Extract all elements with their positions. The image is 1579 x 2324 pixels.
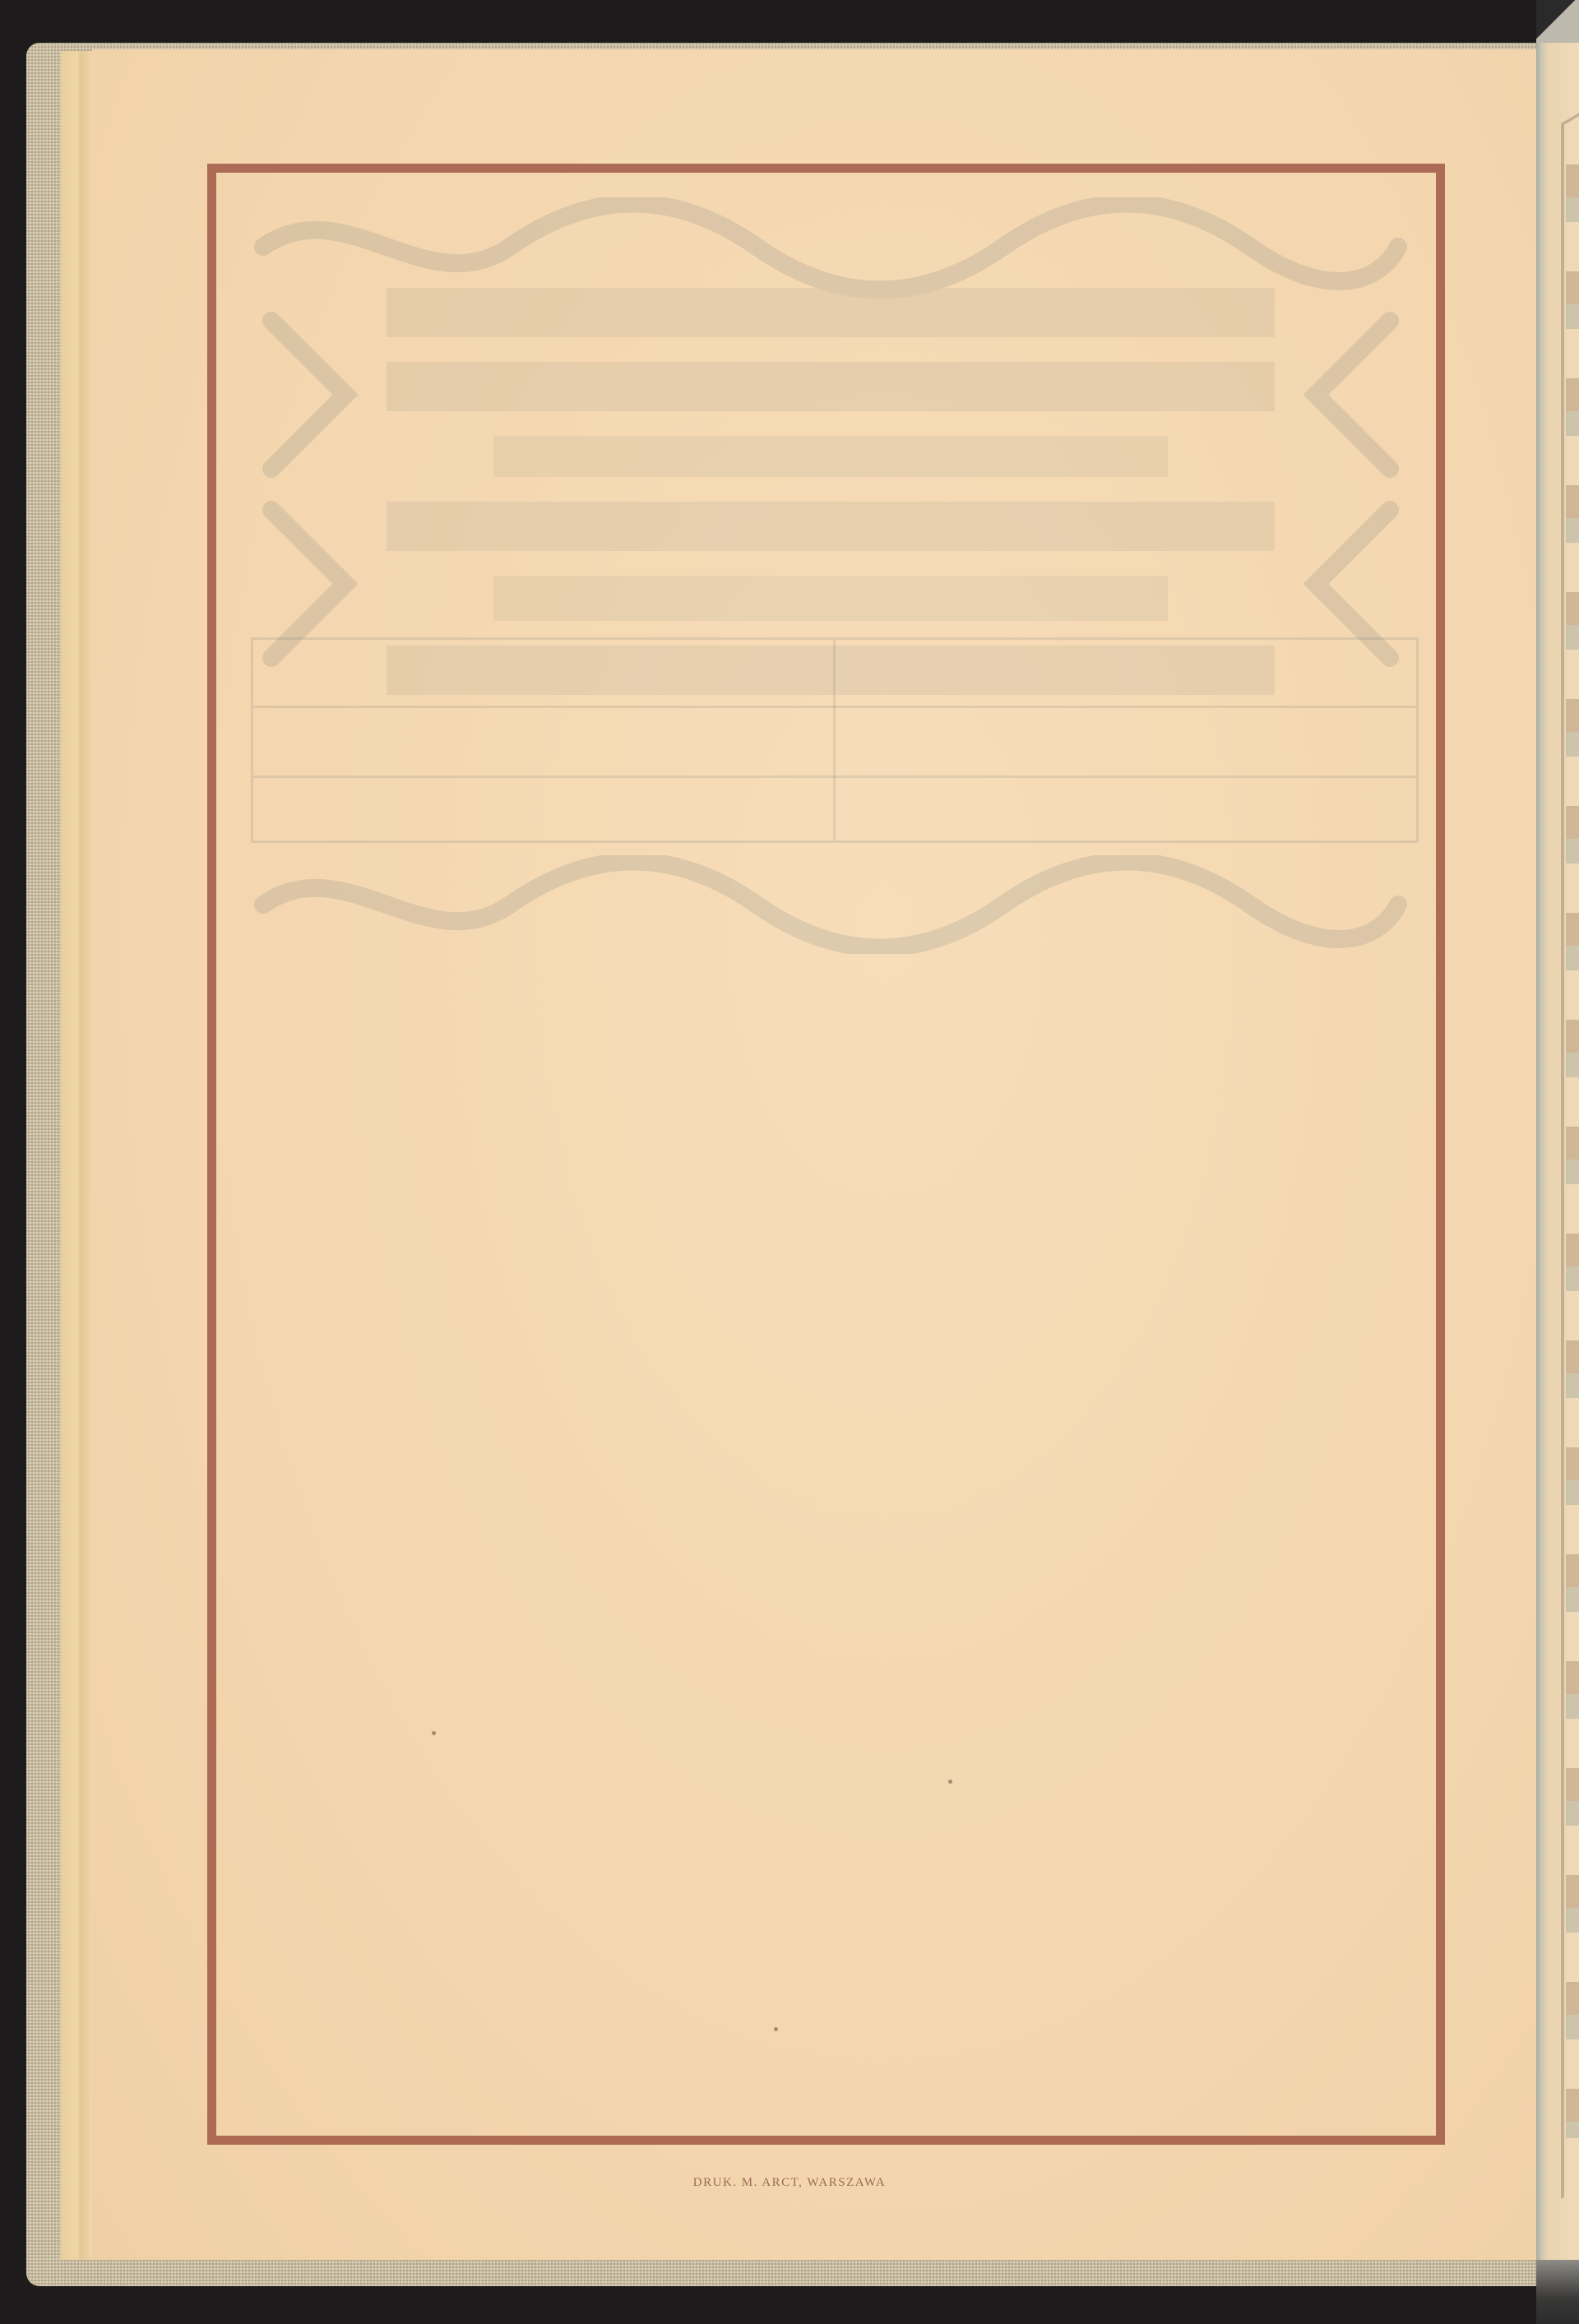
printer-imprint: DRUK. M. ARCT, WARSZAWA	[0, 2176, 1579, 2190]
paper-speck	[432, 1731, 436, 1735]
adjacent-page-lettering	[1566, 164, 1579, 2138]
scan-background: DRUK. M. ARCT, WARSZAWA	[0, 0, 1579, 2324]
paper-speck	[774, 2027, 778, 2031]
page-border-frame	[207, 164, 1445, 2145]
adjacent-page-bottom	[1536, 2260, 1579, 2324]
adjacent-page-corner	[1536, 0, 1579, 43]
paper-speck	[948, 1780, 952, 1784]
